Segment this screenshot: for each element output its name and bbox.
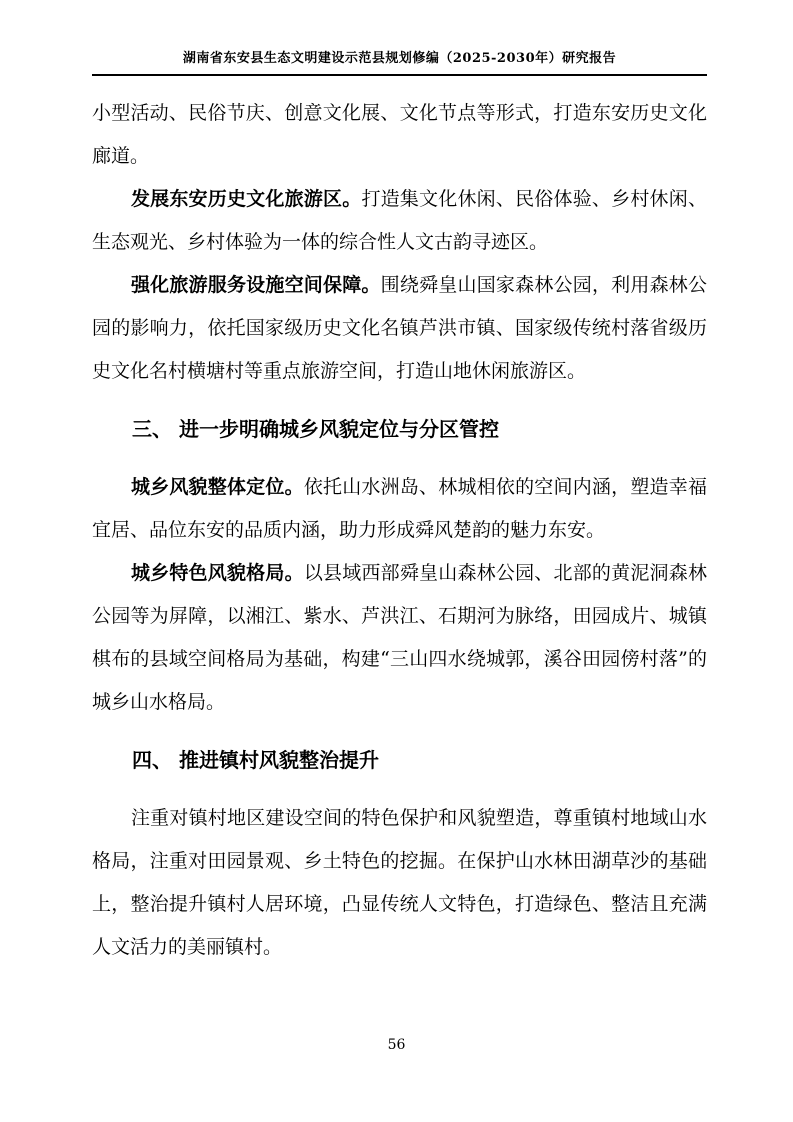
paragraph: 注重对镇村地区建设空间的特色保护和风貌塑造，尊重镇村地域山水格局，注重对田园景观… [92, 797, 707, 969]
page-number: 56 [388, 1037, 406, 1053]
paragraph: 强化旅游服务设施空间保障。围绕舜皇山国家森林公园，利用森林公园的影响力，依托国家… [92, 264, 707, 393]
paragraph-lead: 城乡风貌整体定位。 [131, 476, 304, 498]
paragraph: 城乡风貌整体定位。依托山水洲岛、林城相依的空间内涵，塑造幸福宜居、品位东安的品质… [92, 466, 707, 552]
section-heading-3: 三、 进一步明确城乡风貌定位与分区管控 [92, 408, 707, 451]
paragraph-text: 以县域西部舜皇山森林公园、北部的黄泥洞森林公园等为屏障，以湘江、紫水、芦洪江、石… [92, 562, 707, 713]
paragraph-continuation: 小型活动、民俗节庆、创意文化展、文化节点等形式，打造东安历史文化廊道。 [92, 92, 707, 178]
paragraph: 发展东安历史文化旅游区。打造集文化休闲、民俗体验、乡村休闲、生态观光、乡村体验为… [92, 178, 707, 264]
header-title: 湖南省东安县生态文明建设示范县规划修编（2025-2030年）研究报告 [92, 50, 707, 68]
header-rule [92, 74, 707, 76]
paragraph-lead: 强化旅游服务设施空间保障。 [131, 274, 381, 296]
paragraph-lead: 发展东安历史文化旅游区。 [131, 188, 362, 210]
page-header: 湖南省东安县生态文明建设示范县规划修编（2025-2030年）研究报告 [92, 0, 707, 76]
paragraph-lead: 城乡特色风貌格局。 [131, 562, 304, 584]
document-page: 湖南省东安县生态文明建设示范县规划修编（2025-2030年）研究报告 小型活动… [0, 0, 793, 1122]
paragraph: 城乡特色风貌格局。以县域西部舜皇山森林公园、北部的黄泥洞森林公园等为屏障，以湘江… [92, 552, 707, 724]
page-footer: 56 [0, 1036, 793, 1054]
document-body: 小型活动、民俗节庆、创意文化展、文化节点等形式，打造东安历史文化廊道。 发展东安… [92, 92, 707, 969]
section-heading-4: 四、 推进镇村风貌整治提升 [92, 739, 707, 782]
